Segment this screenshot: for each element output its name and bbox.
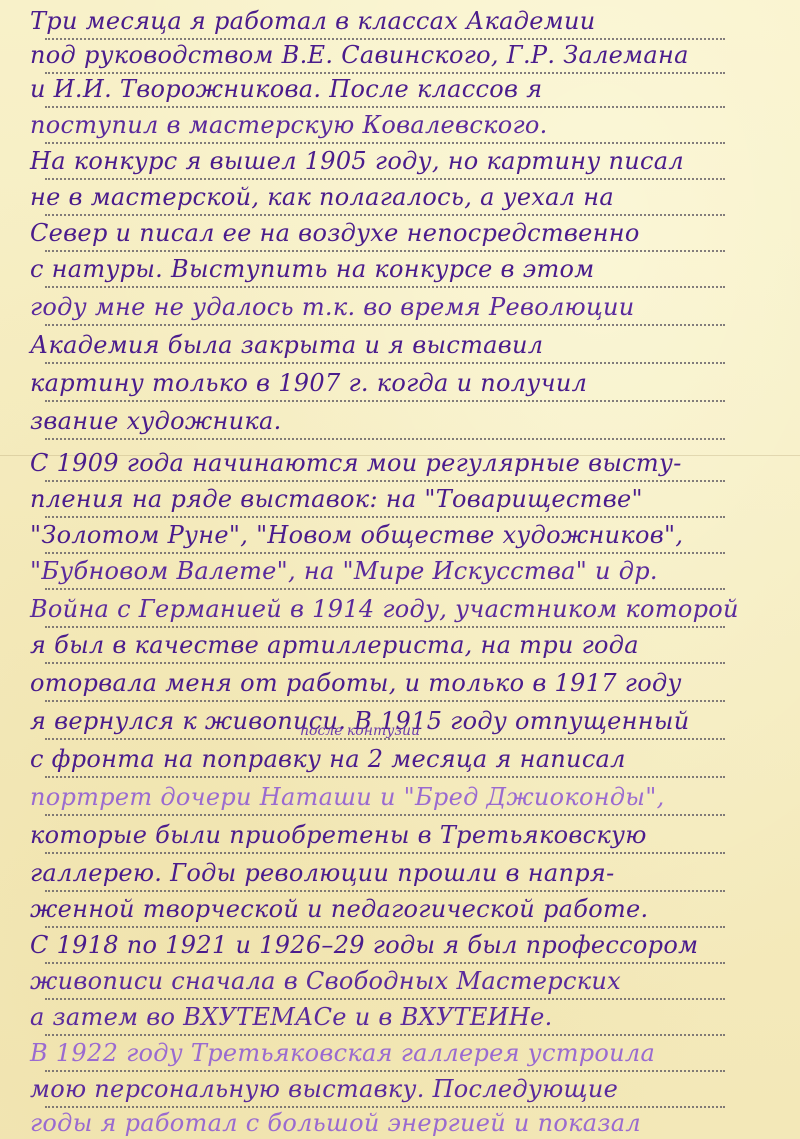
ruling-line — [45, 438, 725, 440]
manuscript-line: портрет дочери Наташи и "Бред Джиоконды"… — [30, 782, 770, 812]
manuscript-line: Академия была закрыта и я выставил — [30, 330, 770, 360]
manuscript-line: и И.И. Творожникова. После классов я — [30, 74, 770, 104]
ruling-line — [45, 480, 725, 482]
manuscript-line: С 1918 по 1921 и 1926–29 годы я был проф… — [30, 930, 770, 960]
ruling-line — [45, 662, 725, 664]
ruling-line — [45, 214, 725, 216]
manuscript-line: Север и писал ее на воздухе непосредстве… — [30, 218, 770, 248]
ruling-line — [45, 926, 725, 928]
manuscript-line: Война с Германией в 1914 году, участнико… — [30, 594, 770, 624]
ruling-line — [45, 552, 725, 554]
ruling-line — [45, 852, 725, 854]
ruling-line — [45, 250, 725, 252]
manuscript-page: Три месяца я работал в классах Академии … — [0, 0, 800, 1139]
manuscript-line: а затем во ВХУТЕМАСе и в ВХУТЕИНе. — [30, 1002, 770, 1032]
ruling-line — [45, 700, 725, 702]
manuscript-line: которые были приобретены в Третьяковскую — [30, 820, 770, 850]
manuscript-line: мою персональную выставку. Последующие — [30, 1074, 770, 1104]
manuscript-line: с фронта на поправку на 2 месяца я напис… — [30, 744, 770, 774]
manuscript-line: живописи сначала в Свободных Мастерских — [30, 966, 770, 996]
ruling-line — [45, 814, 725, 816]
ruling-line — [45, 286, 725, 288]
manuscript-line: галлерею. Годы революции прошли в напря- — [30, 858, 770, 888]
ruling-line — [45, 400, 725, 402]
manuscript-line: с натуры. Выступить на конкурсе в этом — [30, 254, 770, 284]
ruling-line — [45, 776, 725, 778]
manuscript-line: звание художника. — [30, 406, 770, 436]
ruling-line — [45, 1070, 725, 1072]
ruling-line — [45, 1034, 725, 1036]
manuscript-line: я был в качестве артиллериста, на три го… — [30, 630, 770, 660]
ruling-line — [45, 516, 725, 518]
manuscript-line: "Бубновом Валете", на "Мире Искусства" и… — [30, 556, 770, 586]
inserted-note: после контузии — [300, 723, 420, 739]
ruling-line — [45, 588, 725, 590]
ruling-line — [45, 106, 725, 108]
manuscript-line: Три месяца я работал в классах Академии — [30, 6, 770, 36]
manuscript-line: году мне не удалось т.к. во время Револю… — [30, 292, 770, 322]
manuscript-line: пления на ряде выставок: на "Товариществ… — [30, 484, 770, 514]
manuscript-line: поступил в мастерскую Ковалевского. — [30, 110, 770, 140]
manuscript-line: На конкурс я вышел 1905 году, но картину… — [30, 146, 770, 176]
ruling-line — [45, 962, 725, 964]
ruling-line — [45, 142, 725, 144]
manuscript-line: "Золотом Руне", "Новом обществе художник… — [30, 520, 770, 550]
manuscript-line: оторвала меня от работы, и только в 1917… — [30, 668, 770, 698]
manuscript-line: не в мастерской, как полагалось, а уехал… — [30, 182, 770, 212]
ruling-line — [45, 998, 725, 1000]
ruling-line — [45, 626, 725, 628]
manuscript-line: картину только в 1907 г. когда и получил — [30, 368, 770, 398]
ruling-line — [45, 324, 725, 326]
manuscript-line: С 1909 года начинаются мои регулярные вы… — [30, 448, 770, 478]
manuscript-line: годы я работал с большой энергией и пока… — [30, 1108, 770, 1138]
manuscript-line: В 1922 году Третьяковская галлерея устро… — [30, 1038, 770, 1068]
manuscript-line: женной творческой и педагогической работ… — [30, 894, 770, 924]
manuscript-line: под руководством В.Е. Савинского, Г.Р. З… — [30, 40, 770, 70]
ruling-line — [45, 362, 725, 364]
ruling-line — [45, 890, 725, 892]
ruling-line — [45, 178, 725, 180]
